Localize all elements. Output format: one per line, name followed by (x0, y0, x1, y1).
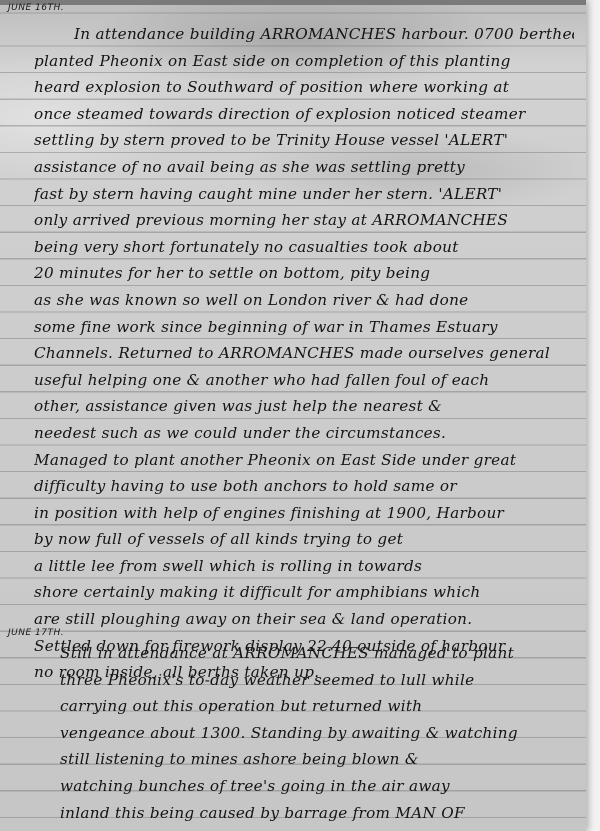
text-line: assistance of no avail being as she was … (34, 154, 574, 181)
text-line: watching bunches of tree's going in the … (34, 773, 574, 800)
entry-june-17-text: Still in attendance at ARROMANCHES manag… (34, 640, 574, 826)
entry-date-june-16: JUNE 16TH. (8, 3, 64, 13)
text-line: only arrived previous morning her stay a… (34, 207, 574, 234)
text-line: three Pheonix's to-day weather seemed to… (34, 667, 574, 694)
text-line: vengeance about 1300. Standing by awaiti… (34, 720, 574, 747)
text-line: planted Pheonix on East side on completi… (34, 48, 574, 75)
text-line: a little lee from swell which is rolling… (34, 553, 574, 580)
text-line: needest such as we could under the circu… (34, 420, 574, 447)
text-line: Channels. Returned to ARROMANCHES made o… (34, 340, 574, 367)
text-line: difficulty having to use both anchors to… (34, 473, 574, 500)
text-line: 20 minutes for her to settle on bottom, … (34, 260, 574, 287)
text-line: inland this being caused by barrage from… (34, 800, 574, 827)
text-line: In attendance building ARROMANCHES harbo… (34, 21, 574, 48)
text-line: by now full of vessels of all kinds tryi… (34, 526, 574, 553)
text-line: as she was known so well on London river… (34, 287, 574, 314)
text-line: still listening to mines ashore being bl… (34, 746, 574, 773)
text-line: once steamed towards direction of explos… (34, 101, 574, 128)
diary-page: JUNE 16TH. In attendance building ARROMA… (0, 0, 586, 831)
text-line: in position with help of engines finishi… (34, 500, 574, 527)
entry-date-june-17: JUNE 17TH. (8, 628, 64, 638)
text-line: fast by stern having caught mine under h… (34, 181, 574, 208)
text-line: heard explosion to Southward of position… (34, 74, 574, 101)
text-line: carrying out this operation but returned… (34, 693, 574, 720)
entry-june-16-text: In attendance building ARROMANCHES harbo… (34, 21, 574, 686)
text-line: shore certainly making it difficult for … (34, 579, 574, 606)
text-line: some fine work since beginning of war in… (34, 314, 574, 341)
text-line: Still in attendance at ARROMANCHES manag… (34, 640, 574, 667)
text-line: being very short fortunately no casualti… (34, 234, 574, 261)
text-line: useful helping one & another who had fal… (34, 367, 574, 394)
text-line: Managed to plant another Pheonix on East… (34, 447, 574, 474)
text-line: other, assistance given was just help th… (34, 393, 574, 420)
text-line: settling by stern proved to be Trinity H… (34, 127, 574, 154)
text-line: are still ploughing away on their sea & … (34, 606, 574, 633)
